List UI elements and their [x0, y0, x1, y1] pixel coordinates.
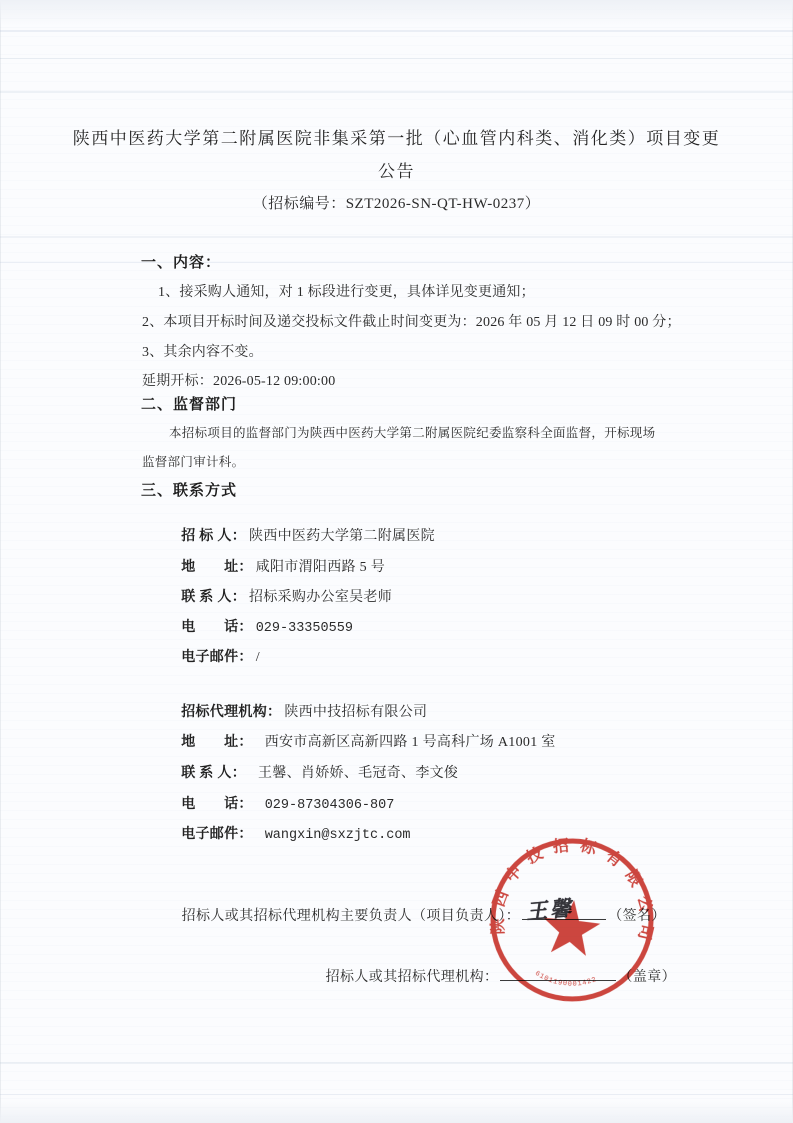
postponed-opening-date: 延期开标：2026-05-12 09:00:00 — [142, 373, 335, 391]
scan-artifact — [0, 91, 793, 93]
scan-artifact — [0, 1062, 793, 1064]
scanned-document-page: 陕西中医药大学第二附属医院非集采第一批（心血管内科类、消化类）项目变更 公告 （… — [0, 0, 793, 1123]
agency-email-row: 电子邮件：wangxin@sxzjtc.com — [166, 808, 411, 862]
scan-artifact — [0, 58, 793, 59]
stamp-suffix: （盖章） — [618, 970, 676, 985]
stamp-line — [500, 965, 616, 981]
content-item-2: 2、本项目开标时间及递交投标文件截止时间变更为：2026 年 05 月 12 日… — [142, 314, 681, 332]
section-heading-contact: 三、联系方式 — [141, 482, 237, 501]
handwritten-signature: 王馨 — [525, 895, 575, 925]
document-title-line1: 陕西中医药大学第二附属医院非集采第一批（心血管内科类、消化类）项目变更 — [0, 128, 793, 149]
scan-artifact — [0, 1101, 793, 1123]
scan-artifact — [0, 30, 793, 32]
tenderer-email-label: 电子邮件： — [181, 650, 253, 665]
scan-artifact — [0, 0, 793, 26]
scan-artifact — [0, 236, 793, 238]
section-heading-supervision: 二、监督部门 — [141, 396, 237, 415]
responsible-person-signature-row: 招标人或其招标代理机构主要负责人（项目负责人）：王馨（签名） — [166, 886, 666, 943]
agency-email-value: wangxin@sxzjtc.com — [265, 828, 411, 843]
content-item-1: 1、接采购人通知，对 1 标段进行变更，具体详见变更通知； — [158, 284, 535, 302]
agency-stamp-label: 招标人或其招标代理机构： — [326, 970, 499, 985]
agency-email-label: 电子邮件： — [181, 827, 253, 842]
supervision-text-line1: 本招标项目的监督部门为陕西中医药大学第二附属医院纪委监察科全面监督，开标现场 — [169, 426, 655, 442]
signature-suffix: （签名） — [608, 909, 666, 924]
document-title-line2: 公告 — [0, 161, 793, 182]
tenderer-email-value: / — [256, 650, 260, 665]
tender-number: （招标编号：SZT2026-SN-QT-HW-0237） — [0, 195, 793, 214]
signature-line: 王馨 — [522, 904, 606, 920]
scan-artifact — [0, 1094, 793, 1095]
content-item-3: 3、其余内容不变。 — [142, 344, 263, 362]
scan-artifact — [0, 262, 793, 263]
section-heading-content: 一、内容： — [141, 254, 221, 273]
responsible-person-label: 招标人或其招标代理机构主要负责人（项目负责人）： — [182, 909, 521, 924]
agency-stamp-row: 招标人或其招标代理机构：（盖章） — [310, 947, 676, 1004]
supervision-text-line2: 监督部门审计科。 — [142, 455, 244, 471]
tenderer-phone-value: 029-33350559 — [256, 621, 353, 636]
tenderer-email-row: 电子邮件：/ — [166, 631, 260, 684]
